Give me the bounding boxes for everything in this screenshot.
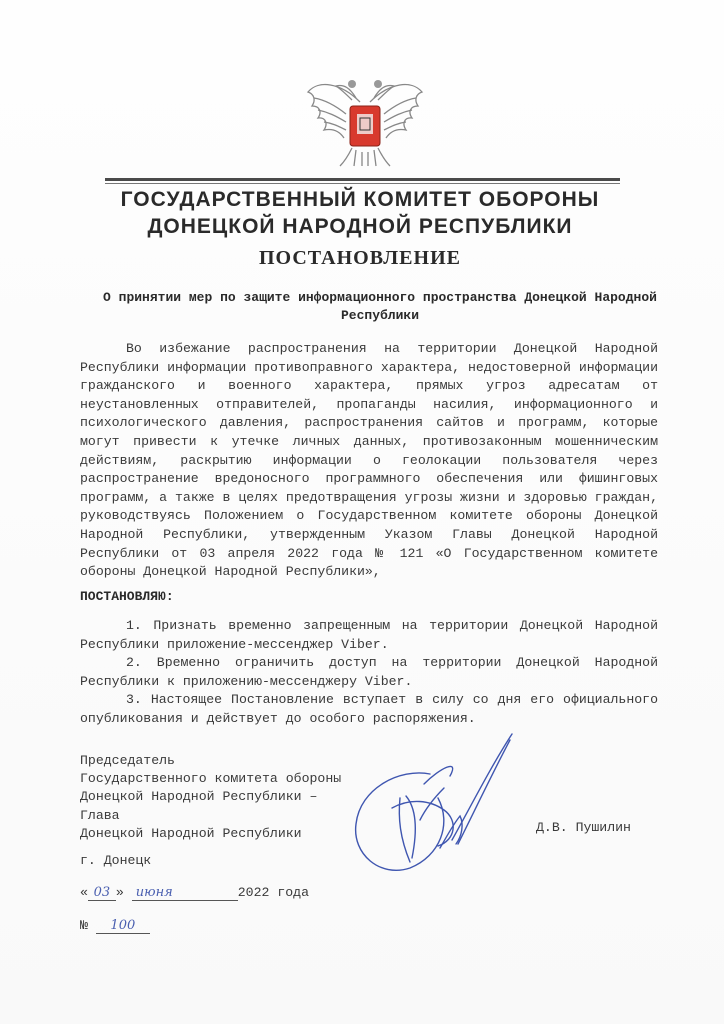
date-day-handwritten: 03 [88, 885, 116, 901]
date-year: 2022 года [238, 885, 309, 900]
date-month-handwritten: июня [132, 885, 238, 901]
signatory-line: Председатель [80, 752, 341, 770]
document-subject: О принятии мер по защите информационного… [95, 289, 665, 325]
org-name-line2: ДОНЕЦКОЙ НАРОДНОЙ РЕСПУБЛИКИ [100, 213, 620, 241]
resolution-item-2: 2. Временно ограничить доступ на террито… [80, 654, 658, 691]
resolve-label: ПОСТАНОВЛЯЮ: [80, 589, 174, 604]
date-open-quote: « [80, 885, 88, 900]
handwritten-signature-icon [340, 728, 530, 878]
header-rule-thin [105, 183, 620, 184]
org-name-line1: ГОСУДАРСТВЕННЫЙ КОМИТЕТ ОБОРОНЫ [100, 186, 620, 214]
header-rule [105, 178, 620, 181]
number-handwritten: 100 [96, 918, 150, 934]
preamble-paragraph: Во избежание распространения на территор… [80, 340, 658, 582]
signatory-line: Государственного комитета обороны [80, 770, 341, 788]
resolution-item-1: 1. Признать временно запрещенным на терр… [80, 617, 658, 654]
document-type-title: ПОСТАНОВЛЕНИЕ [100, 247, 620, 270]
document-page: ГОСУДАРСТВЕННЫЙ КОМИТЕТ ОБОРОНЫ ДОНЕЦКОЙ… [0, 0, 724, 1024]
signatory-name: Д.В. Пушилин [536, 820, 631, 835]
signatory-line: Донецкой Народной Республики – [80, 788, 341, 806]
signatory-line: Донецкой Народной Республики [80, 825, 341, 843]
preamble-block: Во избежание распространения на территор… [80, 340, 658, 582]
date-close-quote: » [116, 885, 124, 900]
number-line: № 100 [80, 918, 150, 934]
city-label: г. Донецк [80, 853, 151, 868]
date-line: «03» июня2022 года [80, 885, 309, 901]
signatory-title-block: Председатель Государственного комитета о… [80, 752, 341, 843]
resolution-item-3: 3. Настоящее Постановление вступает в си… [80, 691, 658, 728]
coat-of-arms-icon [300, 62, 430, 172]
resolution-items: 1. Признать временно запрещенным на терр… [80, 617, 658, 729]
signatory-line: Глава [80, 807, 341, 825]
number-prefix: № [80, 918, 88, 933]
